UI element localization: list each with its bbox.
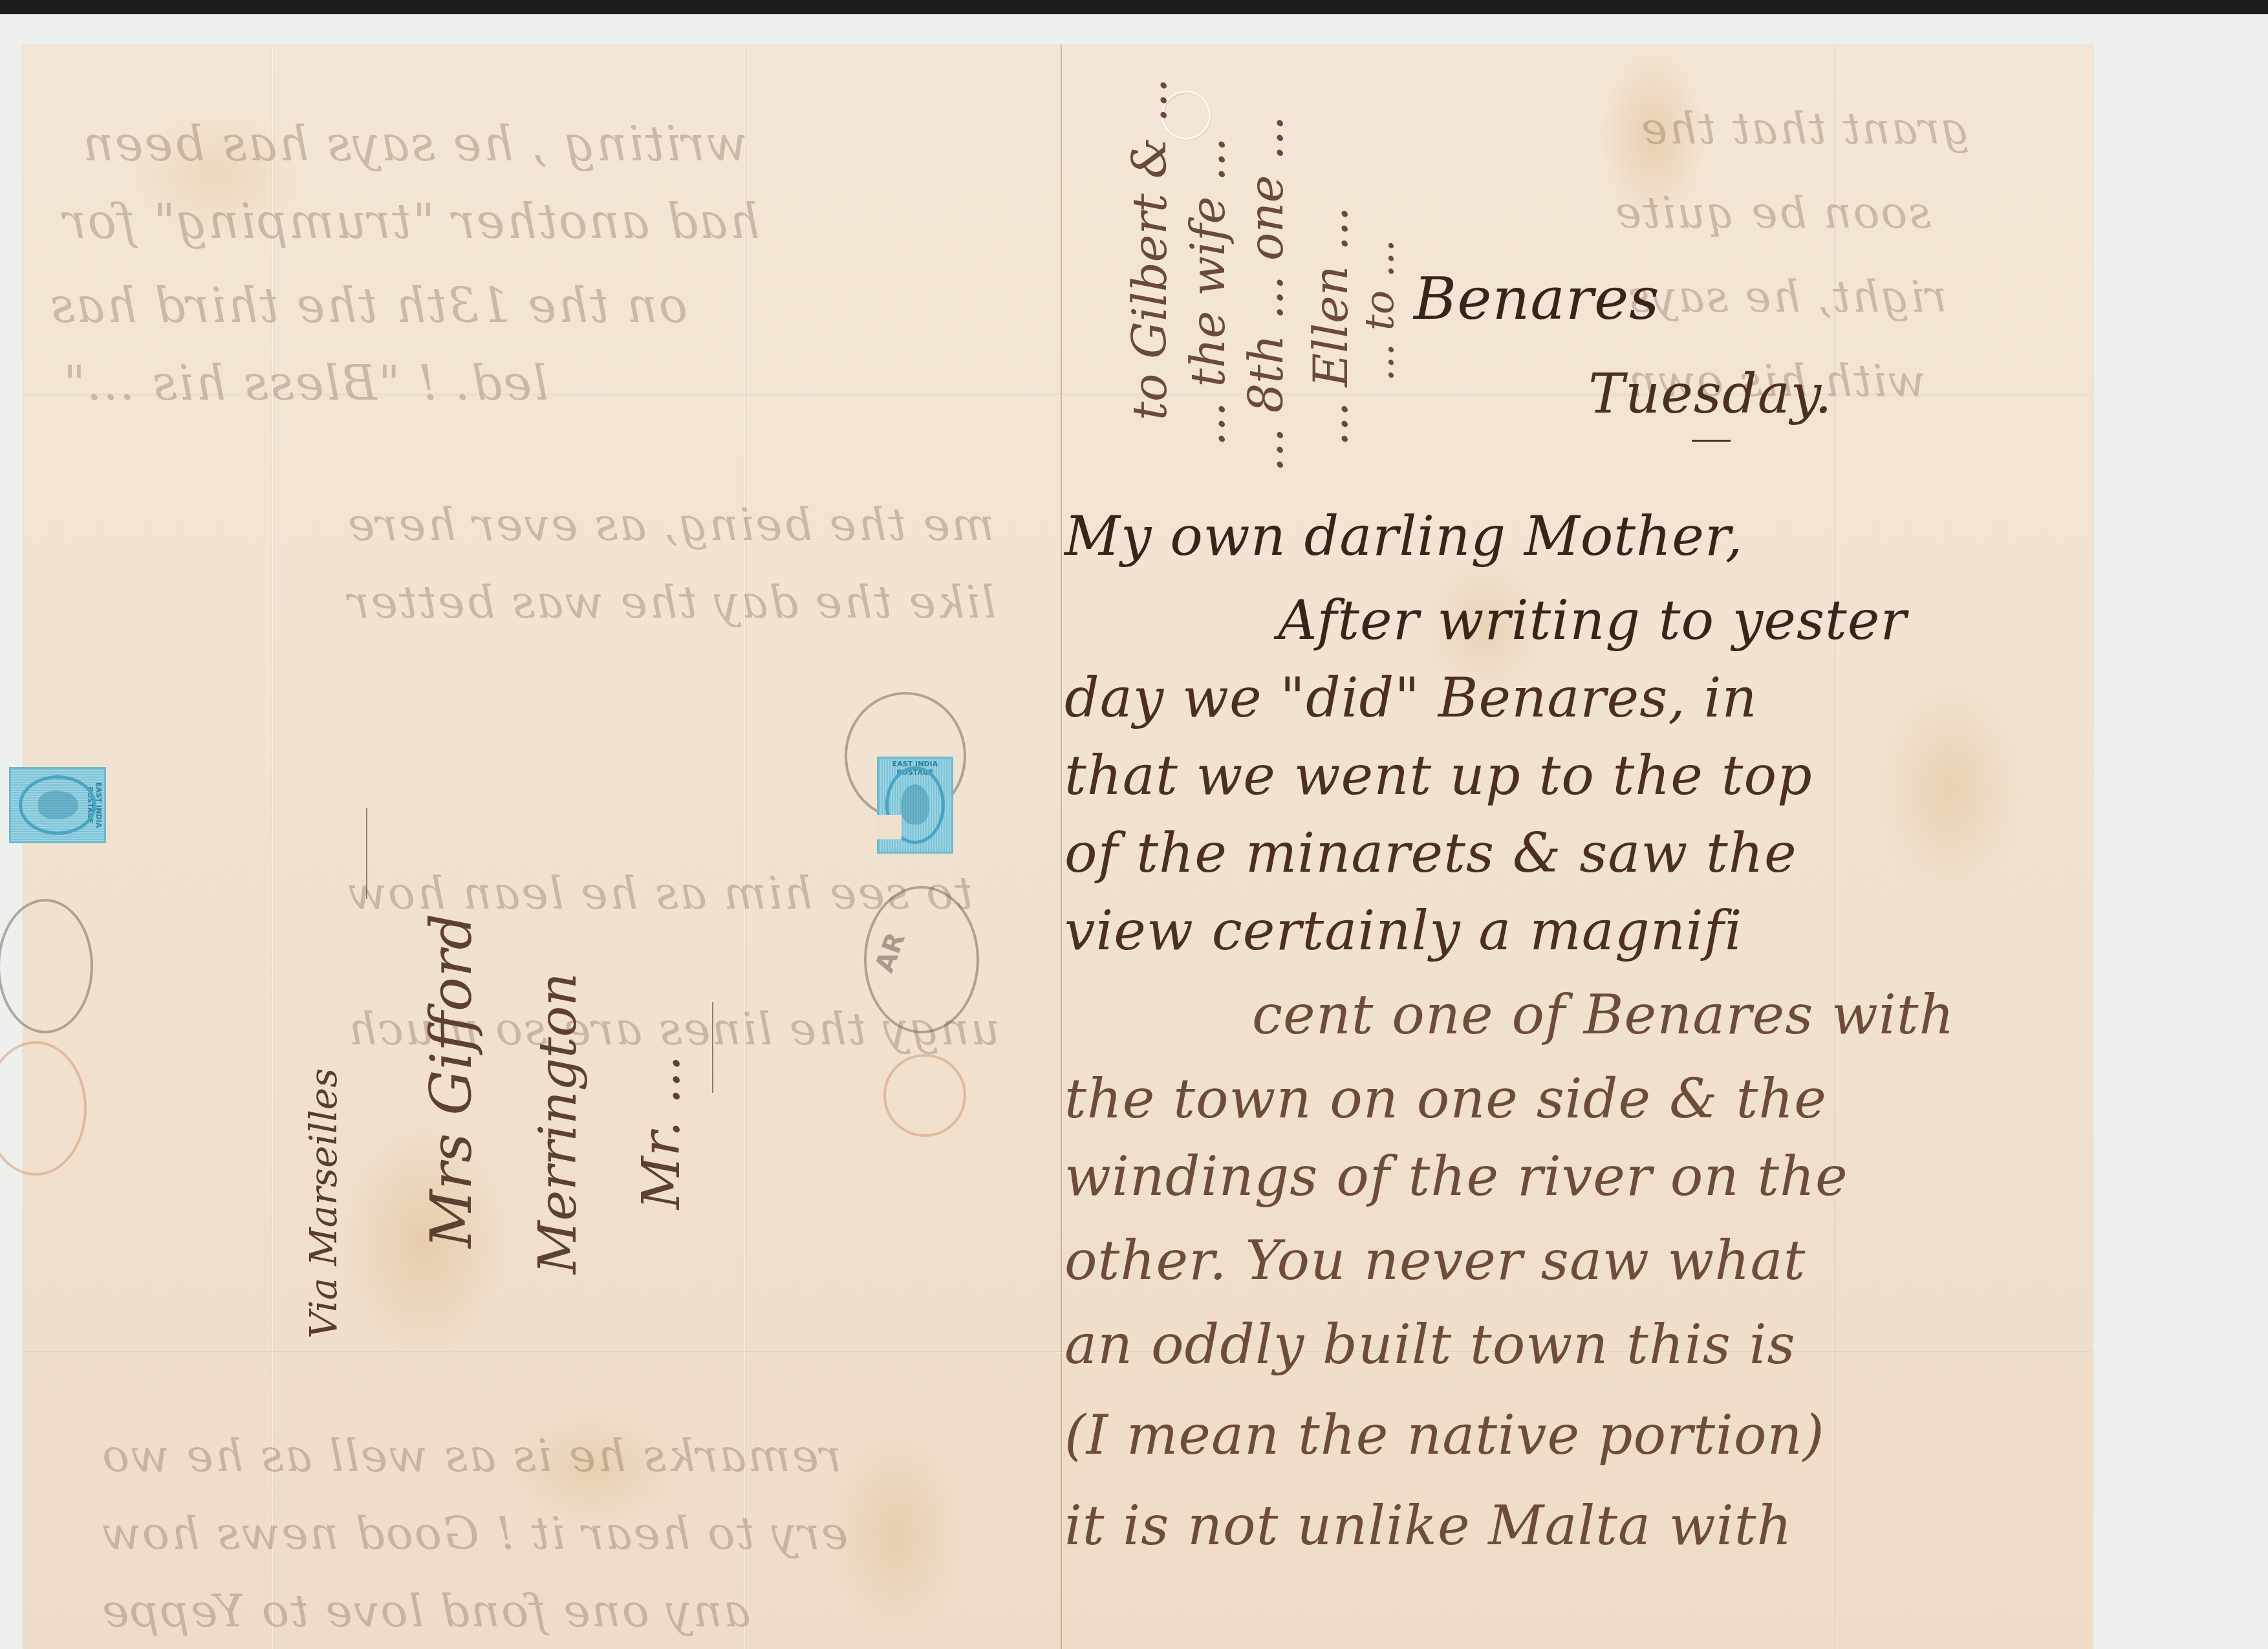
bleed-through-text: remarks he is as well as he wo bbox=[101, 1429, 841, 1482]
queen-portrait-icon bbox=[38, 791, 78, 819]
postmark bbox=[0, 899, 93, 1033]
letter-line: windings of the river on the bbox=[1064, 1145, 1848, 1208]
bleed-through-text: me the being, as ever here bbox=[347, 498, 994, 551]
bleed-through-text: on the 13th the third has bbox=[49, 278, 687, 334]
bleed-through-text: soon be quite bbox=[1614, 188, 1931, 239]
letter-line: that we went up to the top bbox=[1064, 744, 1813, 807]
cross-writing: ... the wife ... bbox=[1181, 137, 1235, 446]
letter-place: Benares bbox=[1414, 265, 1660, 333]
stamp-east-india: EAST INDIA POSTAGE bbox=[9, 767, 106, 843]
letter-line: cent one of Benares with bbox=[1252, 983, 1955, 1046]
route-note: Via Marseilles bbox=[301, 1068, 345, 1339]
letter-line: of the minarets & saw the bbox=[1064, 821, 1797, 885]
cross-writing: to Gilbert & ... bbox=[1123, 78, 1177, 420]
cross-writing: ... 8th ... one ... bbox=[1239, 116, 1293, 472]
cross-writing: ... to ... bbox=[1355, 239, 1403, 382]
letter-line: After writing to yester bbox=[1278, 588, 1907, 652]
letter-day: Tuesday. bbox=[1588, 362, 1833, 426]
queen-portrait-icon bbox=[901, 784, 929, 824]
letter-line: (I mean the native portion) bbox=[1064, 1403, 1824, 1467]
postmark-red bbox=[0, 1041, 87, 1176]
letter-line: day we "did" Benares, in bbox=[1064, 666, 1758, 729]
stamp-tear bbox=[876, 815, 902, 839]
letter-line: other. You never saw what bbox=[1064, 1229, 1806, 1292]
divider bbox=[1692, 440, 1731, 442]
bleed-through-text: led. ! "Bless his ..." bbox=[62, 356, 548, 411]
letter-line: it is not unlike Malta with bbox=[1064, 1494, 1792, 1557]
bleed-through-text: right, he says bbox=[1627, 272, 1947, 323]
address-rule bbox=[366, 808, 367, 899]
bleed-through-text: any one fond love to Yeppe bbox=[101, 1584, 751, 1637]
letter-sheet: writing , he says has been had another "… bbox=[23, 45, 2093, 1649]
scanner-top-edge bbox=[0, 0, 2268, 14]
postmark-red bbox=[883, 1054, 966, 1137]
bleed-through-text: ery to hear it ! Good news how bbox=[101, 1507, 848, 1560]
bleed-through-text: grant that the bbox=[1640, 103, 1969, 155]
fold-line bbox=[744, 45, 746, 1649]
panel-edge bbox=[1061, 45, 1062, 1649]
address-line: Mrs Gifford bbox=[418, 914, 484, 1248]
bleed-through-text: had another "trumping" for bbox=[62, 194, 760, 250]
address-line: Mr. ... bbox=[631, 1055, 691, 1209]
letter-line: view certainly a magnifi bbox=[1064, 899, 1743, 962]
bleed-through-text: writing , he says has been bbox=[81, 116, 748, 172]
address-line: Merrington bbox=[528, 973, 588, 1274]
letter-salutation: My own darling Mother, bbox=[1064, 504, 1744, 568]
letter-line: the town on one side & the bbox=[1064, 1067, 1827, 1130]
letter-line: an oddly built town this is bbox=[1064, 1313, 1796, 1376]
address-rule bbox=[712, 1002, 713, 1093]
cross-writing: ... Ellen ... bbox=[1304, 206, 1358, 446]
bleed-through-text: like the day the was better bbox=[347, 576, 996, 629]
